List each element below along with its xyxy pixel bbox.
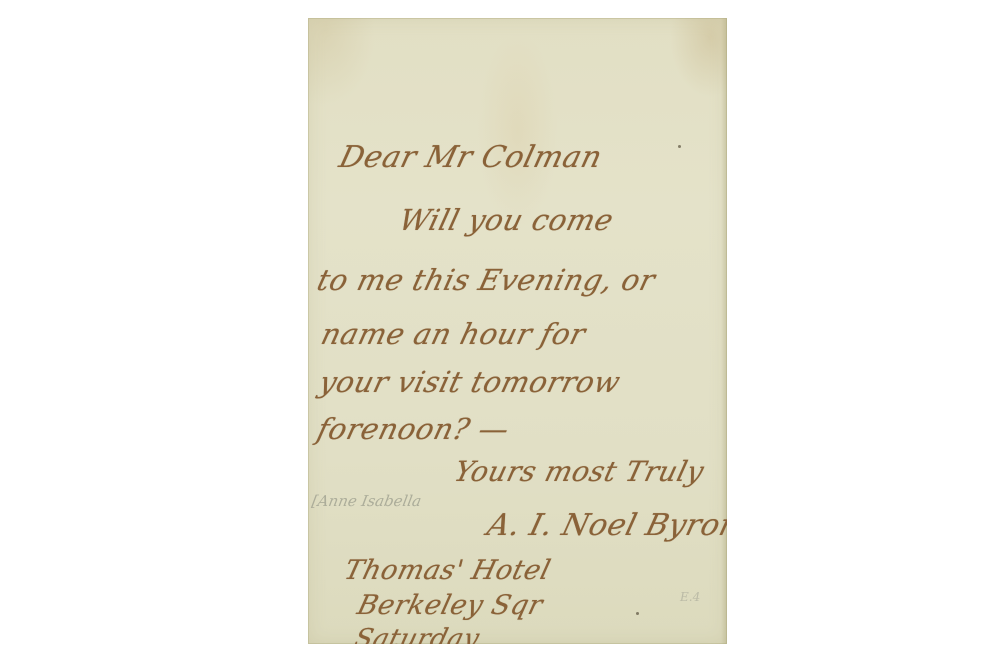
body-line: forenoon? — [314,412,513,446]
signature: A. I. Noel Byron [484,508,727,543]
address-line: Berkeley Sqr [354,590,546,621]
body-line: Will you come [396,203,617,237]
body-line: name an hour for [318,317,589,351]
address-line: Saturday [351,624,482,644]
address-line: Thomas' Hotel [341,555,554,586]
body-line: your visit tomorrow [316,365,624,399]
corner-mark: E.4 [680,590,700,604]
letter-content: Dear Mr Colman Will you come to me this … [308,18,727,644]
closing: Yours most Truly [451,455,708,488]
pencil-annotation: [Anne Isabella [310,492,422,510]
salutation: Dear Mr Colman [336,140,606,175]
body-line: to me this Evening, or [314,263,659,297]
